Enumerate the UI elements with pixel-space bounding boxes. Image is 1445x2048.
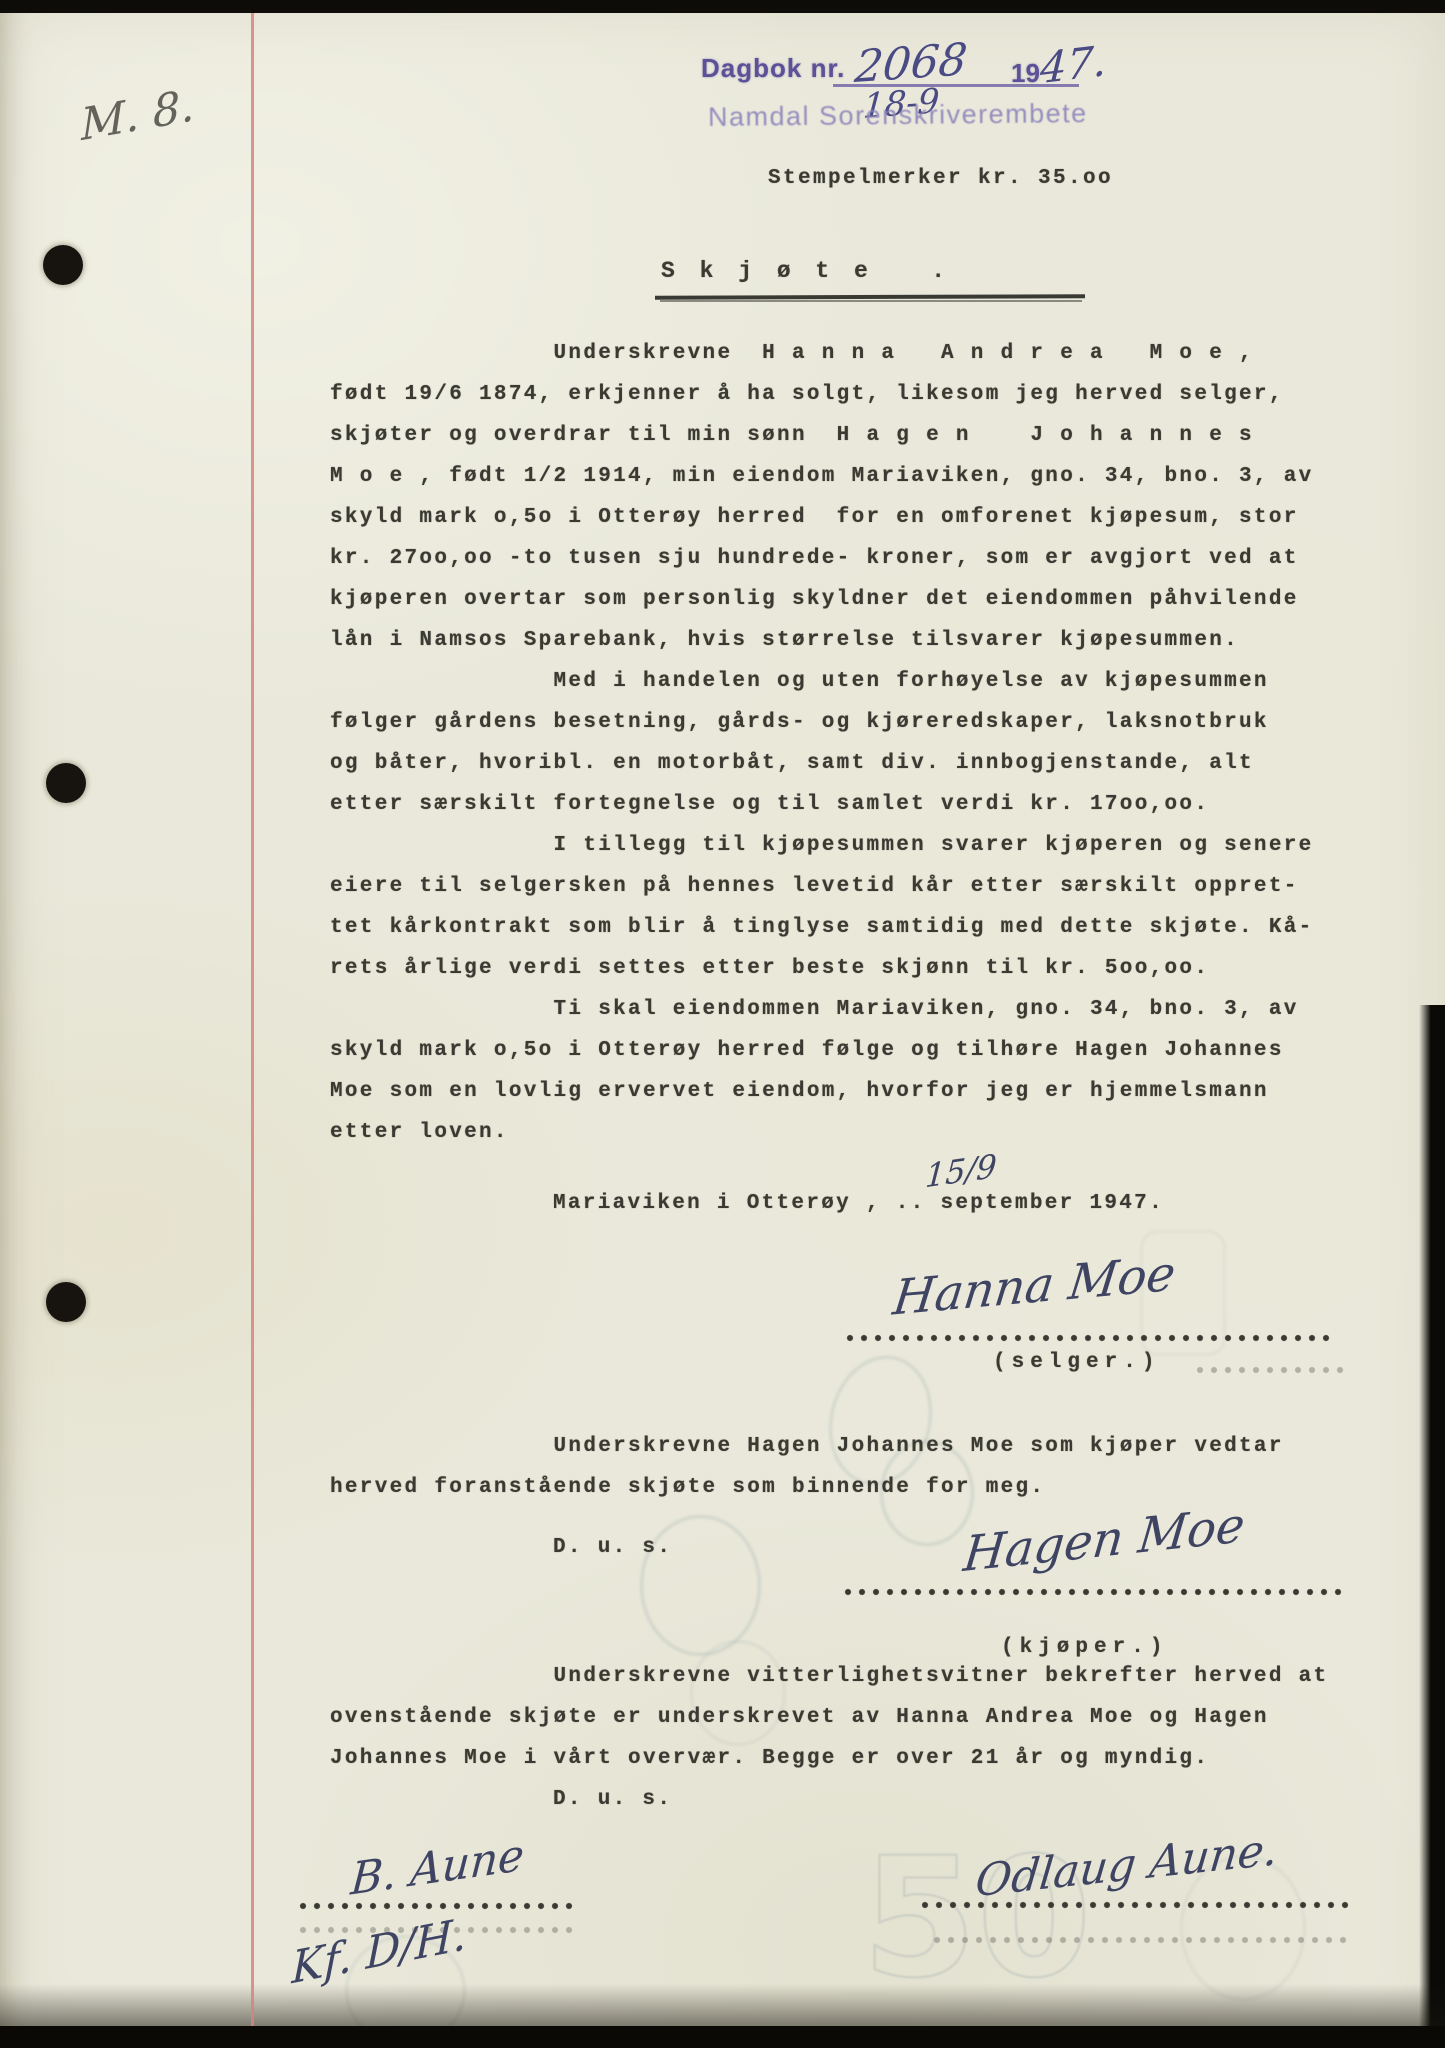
red-margin-line xyxy=(251,13,254,2026)
punch-hole xyxy=(43,245,83,285)
year-stamp: 19 xyxy=(1011,58,1040,89)
buyer-signature: Hagen Moe xyxy=(961,1497,1248,1583)
corner-note: M. 8. xyxy=(80,80,195,151)
punch-hole xyxy=(46,1282,86,1322)
signature-dotted-line-witness2 xyxy=(920,1899,1350,1911)
deed-date-line: Mariaviken i Otterøy , .. september 1947… xyxy=(553,1192,1164,1215)
year-handwritten: 47. xyxy=(1039,36,1108,94)
scan-edge-top xyxy=(0,0,1445,13)
scan-edge-right xyxy=(1419,1005,1445,2048)
scan-edge-bottom xyxy=(0,2026,1445,2048)
witness-signature-1: B. Aune xyxy=(349,1829,526,1905)
deed-body: Underskrevne H a n n a A n d r e a M o e… xyxy=(330,333,1314,1153)
witness-dus-line: D. u. s. xyxy=(553,1788,672,1811)
fee-line: Stempelmerker kr. 35.oo xyxy=(768,167,1113,190)
witness-clause: Underskrevne vitterlighetsvitner bekreft… xyxy=(330,1656,1328,1779)
date-day-handwritten: 15/9 xyxy=(924,1147,998,1196)
signature-dotted-line-faint xyxy=(932,1934,1350,1946)
signature-dotted-line-witness1 xyxy=(298,1900,576,1912)
seller-label: (selger.) xyxy=(993,1351,1160,1374)
signature-dotted-line-buyer xyxy=(843,1586,1345,1598)
scanned-deed-page: 50 M. 8. Dagbok nr. 2068 19 47. 18-9 Nam… xyxy=(0,0,1445,2048)
signature-dotted-line-seller xyxy=(845,1332,1333,1344)
title-underline xyxy=(655,294,1085,300)
seller-signature: Hanna Moe xyxy=(890,1245,1179,1326)
scan-edge-bottom-shadow xyxy=(0,1984,1445,2026)
buyer-clause: Underskrevne Hagen Johannes Moe som kjøp… xyxy=(330,1426,1284,1508)
punch-hole xyxy=(46,763,86,803)
dagbok-stamp-label: Dagbok nr. xyxy=(701,53,845,84)
deed-title: S k j ø t e . xyxy=(661,258,951,284)
signature-dotted-line-faint xyxy=(1195,1364,1345,1376)
title-underline xyxy=(660,300,1082,302)
office-stamp: Namdal Sorenskriverembete xyxy=(708,98,1088,133)
buyer-dus-line: D. u. s. xyxy=(553,1536,672,1559)
